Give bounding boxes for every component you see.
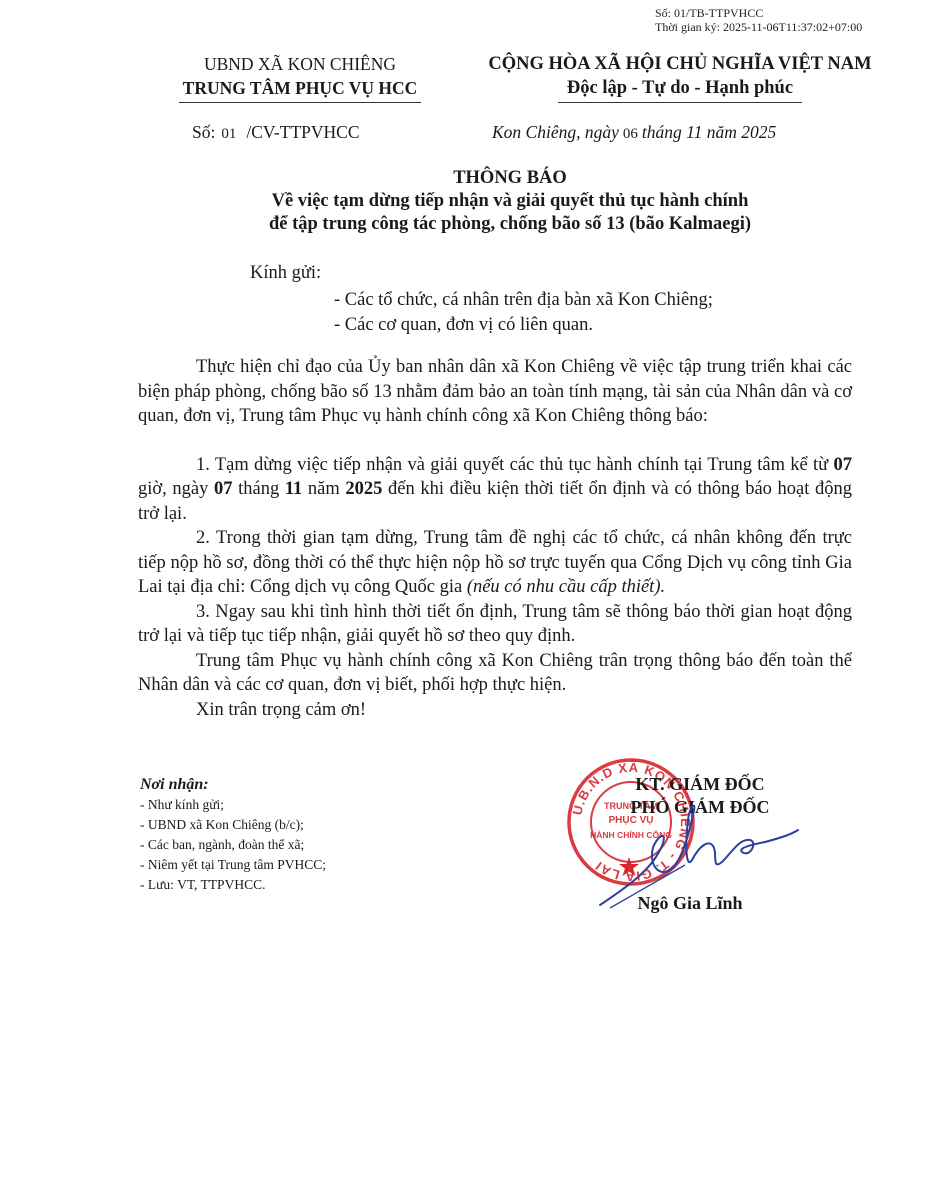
motto-divider bbox=[558, 102, 802, 103]
date-month-year: tháng 11 năm 2025 bbox=[642, 122, 776, 142]
doc-number-value: 01 bbox=[221, 126, 236, 142]
distribution-item: - Như kính gửi; bbox=[140, 795, 326, 815]
document-date: Kon Chiêng, ngày06tháng 11 năm 2025 bbox=[492, 122, 776, 143]
item-2-paragraph: 2. Trong thời gian tạm dừng, Trung tâm đ… bbox=[138, 526, 852, 600]
distribution-item: - Niêm yết tại Trung tâm PVHCC; bbox=[140, 855, 326, 875]
title-subtitle-1: Về việc tạm dừng tiếp nhận và giải quyết… bbox=[140, 190, 880, 213]
signature-doc-number: Số: 01/TB-TTPVHCC bbox=[655, 6, 862, 20]
document-body: Thực hiện chỉ đạo của Ủy ban nhân dân xã… bbox=[138, 355, 852, 722]
item-3-paragraph: 3. Ngay sau khi tình hình thời tiết ổn đ… bbox=[138, 600, 852, 649]
closing-paragraph: Trung tâm Phục vụ hành chính công xã Kon… bbox=[138, 649, 852, 698]
authority-name: UBND XÃ KON CHIÊNG bbox=[140, 52, 460, 76]
recipients-label: Kính gửi: bbox=[250, 261, 321, 285]
distribution-list: Nơi nhận: - Như kính gửi; - UBND xã Kon … bbox=[140, 774, 326, 895]
doc-number-prefix: Số: bbox=[192, 122, 215, 142]
motto: Độc lập - Tự do - Hạnh phúc bbox=[460, 76, 900, 100]
date-day: 06 bbox=[623, 126, 638, 142]
date-prefix: Kon Chiêng, ngày bbox=[492, 122, 619, 142]
recipient-item: - Các cơ quan, đơn vị có liên quan. bbox=[334, 313, 713, 338]
national-header: CỘNG HÒA XÃ HỘI CHỦ NGHĨA VIỆT NAM Độc l… bbox=[460, 52, 900, 103]
distribution-label: Nơi nhận: bbox=[140, 774, 326, 795]
document-title: THÔNG BÁO Về việc tạm dừng tiếp nhận và … bbox=[140, 166, 880, 236]
distribution-item: - Lưu: VT, TTPVHCC. bbox=[140, 875, 326, 895]
handwritten-signature-icon bbox=[590, 790, 800, 910]
thanks-line: Xin trân trọng cảm ơn! bbox=[138, 698, 852, 723]
recipients-list: - Các tổ chức, cá nhân trên địa bàn xã K… bbox=[334, 288, 713, 338]
item-1-paragraph: 1. Tạm dừng việc tiếp nhận và giải quyết… bbox=[138, 453, 852, 527]
title-subtitle-2: để tập trung công tác phòng, chống bão s… bbox=[140, 213, 880, 236]
national-title: CỘNG HÒA XÃ HỘI CHỦ NGHĨA VIỆT NAM bbox=[460, 52, 900, 76]
distribution-item: - UBND xã Kon Chiêng (b/c); bbox=[140, 815, 326, 835]
title-main: THÔNG BÁO bbox=[140, 166, 880, 190]
intro-paragraph: Thực hiện chỉ đạo của Ủy ban nhân dân xã… bbox=[138, 355, 852, 429]
signature-time: Thời gian ký: 2025-11-06T11:37:02+07:00 bbox=[655, 20, 862, 34]
header-divider bbox=[179, 102, 421, 103]
issuing-authority-header: UBND XÃ KON CHIÊNG TRUNG TÂM PHỤC VỤ HCC bbox=[140, 52, 460, 103]
recipient-item: - Các tổ chức, cá nhân trên địa bàn xã K… bbox=[334, 288, 713, 313]
digital-signature-info: Số: 01/TB-TTPVHCC Thời gian ký: 2025-11-… bbox=[655, 6, 862, 34]
document-number: Số:01/CV-TTPVHCC bbox=[192, 122, 360, 143]
unit-name: TRUNG TÂM PHỤC VỤ HCC bbox=[140, 76, 460, 100]
signer-name: Ngô Gia Lĩnh bbox=[560, 893, 820, 914]
distribution-item: - Các ban, ngành, đoàn thể xã; bbox=[140, 835, 326, 855]
doc-number-suffix: /CV-TTPVHCC bbox=[246, 122, 359, 142]
